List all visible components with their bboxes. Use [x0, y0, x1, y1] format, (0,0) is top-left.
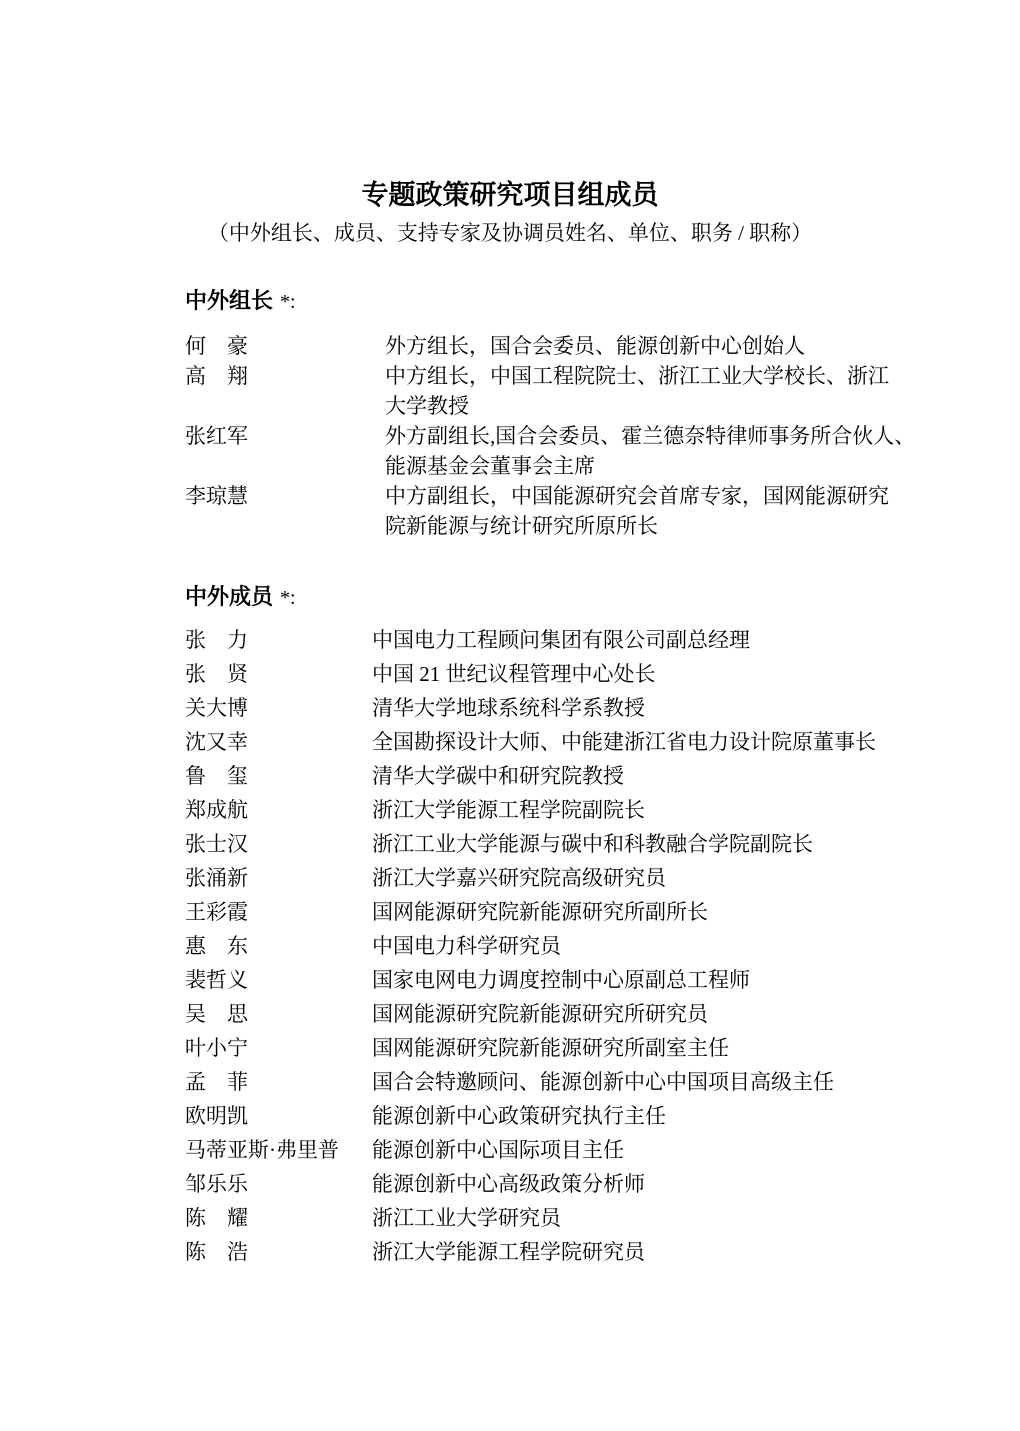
member-name: 何 豪	[185, 331, 385, 361]
member-name: 王彩霞	[185, 901, 372, 923]
member-role: 国网能源研究院新能源研究所研究员	[372, 1003, 945, 1025]
member-name: 张 力	[185, 629, 372, 651]
member-row: 马蒂亚斯·弗里普 能源创新中心国际项目主任	[185, 1139, 945, 1161]
member-role: 外方副组长,国合会委员、霍兰德奈特律师事务所合伙人、 能源基金会董事会主席	[385, 421, 945, 481]
member-role: 浙江大学嘉兴研究院高级研究员	[372, 867, 945, 889]
member-role: 中方副组长，中国能源研究会首席专家，国网能源研究 院新能源与统计研究所原所长	[385, 481, 945, 541]
member-name: 孟 菲	[185, 1071, 372, 1093]
member-role: 外方组长，国合会委员、能源创新中心创始人	[385, 331, 945, 361]
member-row: 欧明凯 能源创新中心政策研究执行主任	[185, 1105, 945, 1127]
member-role: 能源创新中心国际项目主任	[372, 1139, 945, 1161]
member-row: 王彩霞 国网能源研究院新能源研究所副所长	[185, 901, 945, 923]
member-name: 沈又幸	[185, 731, 372, 753]
member-name: 邹乐乐	[185, 1173, 372, 1195]
member-role: 中国电力科学研究员	[372, 935, 945, 957]
member-name: 陈 耀	[185, 1207, 372, 1229]
section-footnote-marker: *:	[280, 291, 296, 313]
member-row: 沈又幸 全国勘探设计大师、中能建浙江省电力设计院原董事长	[185, 731, 945, 753]
member-row: 鲁 玺 清华大学碳中和研究院教授	[185, 765, 945, 787]
member-name: 高 翔	[185, 361, 385, 391]
member-name: 陈 浩	[185, 1241, 372, 1263]
member-row: 陈 浩 浙江大学能源工程学院研究员	[185, 1241, 945, 1263]
member-role: 国网能源研究院新能源研究所副所长	[372, 901, 945, 923]
page-title: 专题政策研究项目组成员	[0, 180, 1020, 210]
member-role: 能源创新中心政策研究执行主任	[372, 1105, 945, 1127]
member-role: 浙江大学能源工程学院副院长	[372, 799, 945, 821]
section-heading: 中外成员*:	[185, 586, 945, 609]
member-name: 裴哲义	[185, 969, 372, 991]
member-role: 清华大学碳中和研究院教授	[372, 765, 945, 787]
member-list: 张 力 中国电力工程顾问集团有限公司副总经理 张 贤 中国 21 世纪议程管理中…	[185, 629, 945, 1263]
member-row: 惠 东 中国电力科学研究员	[185, 935, 945, 957]
member-role: 浙江工业大学研究员	[372, 1207, 945, 1229]
member-name: 吴 思	[185, 1003, 372, 1025]
document-header: 专题政策研究项目组成员 （中外组长、成员、支持专家及协调员姓名、单位、职务 / …	[0, 0, 1020, 244]
member-name: 马蒂亚斯·弗里普	[185, 1139, 372, 1161]
member-role: 国网能源研究院新能源研究所副室主任	[372, 1037, 945, 1059]
member-role: 全国勘探设计大师、中能建浙江省电力设计院原董事长	[372, 731, 945, 753]
member-role: 中国电力工程顾问集团有限公司副总经理	[372, 629, 945, 651]
member-row: 张 力 中国电力工程顾问集团有限公司副总经理	[185, 629, 945, 651]
member-role: 浙江大学能源工程学院研究员	[372, 1241, 945, 1263]
member-row: 何 豪 外方组长，国合会委员、能源创新中心创始人	[185, 331, 945, 361]
member-row: 张红军 外方副组长,国合会委员、霍兰德奈特律师事务所合伙人、 能源基金会董事会主…	[185, 421, 945, 481]
document-body: 中外组长*: 何 豪 外方组长，国合会委员、能源创新中心创始人 高 翔 中方组长…	[185, 290, 945, 1263]
member-role: 国家电网电力调度控制中心原副总工程师	[372, 969, 945, 991]
roster-section: 中外组长*: 何 豪 外方组长，国合会委员、能源创新中心创始人 高 翔 中方组长…	[185, 290, 945, 541]
document-page: 专题政策研究项目组成员 （中外组长、成员、支持专家及协调员姓名、单位、职务 / …	[0, 0, 1020, 1431]
member-row: 裴哲义 国家电网电力调度控制中心原副总工程师	[185, 969, 945, 991]
member-role: 清华大学地球系统科学系教授	[372, 697, 945, 719]
member-name: 欧明凯	[185, 1105, 372, 1127]
member-row: 吴 思 国网能源研究院新能源研究所研究员	[185, 1003, 945, 1025]
member-row: 陈 耀 浙江工业大学研究员	[185, 1207, 945, 1229]
member-name: 叶小宁	[185, 1037, 372, 1059]
member-row: 李琼慧 中方副组长，中国能源研究会首席专家，国网能源研究 院新能源与统计研究所原…	[185, 481, 945, 541]
member-list: 何 豪 外方组长，国合会委员、能源创新中心创始人 高 翔 中方组长，中国工程院院…	[185, 331, 945, 541]
section-heading: 中外组长*:	[185, 290, 945, 313]
member-name: 郑成航	[185, 799, 372, 821]
member-name: 张涌新	[185, 867, 372, 889]
member-name: 张 贤	[185, 663, 372, 685]
member-name: 惠 东	[185, 935, 372, 957]
member-row: 张士汉 浙江工业大学能源与碳中和科教融合学院副院长	[185, 833, 945, 855]
member-row: 高 翔 中方组长，中国工程院院士、浙江工业大学校长、浙江 大学教授	[185, 361, 945, 421]
member-row: 郑成航 浙江大学能源工程学院副院长	[185, 799, 945, 821]
member-row: 关大博 清华大学地球系统科学系教授	[185, 697, 945, 719]
member-name: 张红军	[185, 421, 385, 451]
member-row: 孟 菲 国合会特邀顾问、能源创新中心中国项目高级主任	[185, 1071, 945, 1093]
section-heading-label: 中外成员	[185, 584, 273, 609]
member-row: 叶小宁 国网能源研究院新能源研究所副室主任	[185, 1037, 945, 1059]
member-role: 浙江工业大学能源与碳中和科教融合学院副院长	[372, 833, 945, 855]
member-name: 关大博	[185, 697, 372, 719]
member-role: 中方组长，中国工程院院士、浙江工业大学校长、浙江 大学教授	[385, 361, 945, 421]
roster-sections: 中外组长*: 何 豪 外方组长，国合会委员、能源创新中心创始人 高 翔 中方组长…	[185, 290, 945, 1263]
member-role: 能源创新中心高级政策分析师	[372, 1173, 945, 1195]
section-heading-label: 中外组长	[185, 288, 273, 313]
member-row: 张涌新 浙江大学嘉兴研究院高级研究员	[185, 867, 945, 889]
member-role: 国合会特邀顾问、能源创新中心中国项目高级主任	[372, 1071, 945, 1093]
member-row: 邹乐乐 能源创新中心高级政策分析师	[185, 1173, 945, 1195]
roster-section: 中外成员*: 张 力 中国电力工程顾问集团有限公司副总经理 张 贤 中国 21 …	[185, 586, 945, 1263]
member-row: 张 贤 中国 21 世纪议程管理中心处长	[185, 663, 945, 685]
member-name: 李琼慧	[185, 481, 385, 511]
member-name: 张士汉	[185, 833, 372, 855]
member-name: 鲁 玺	[185, 765, 372, 787]
page-subtitle: （中外组长、成员、支持专家及协调员姓名、单位、职务 / 职称）	[0, 222, 1020, 244]
section-footnote-marker: *:	[280, 587, 296, 609]
member-role: 中国 21 世纪议程管理中心处长	[372, 663, 945, 685]
